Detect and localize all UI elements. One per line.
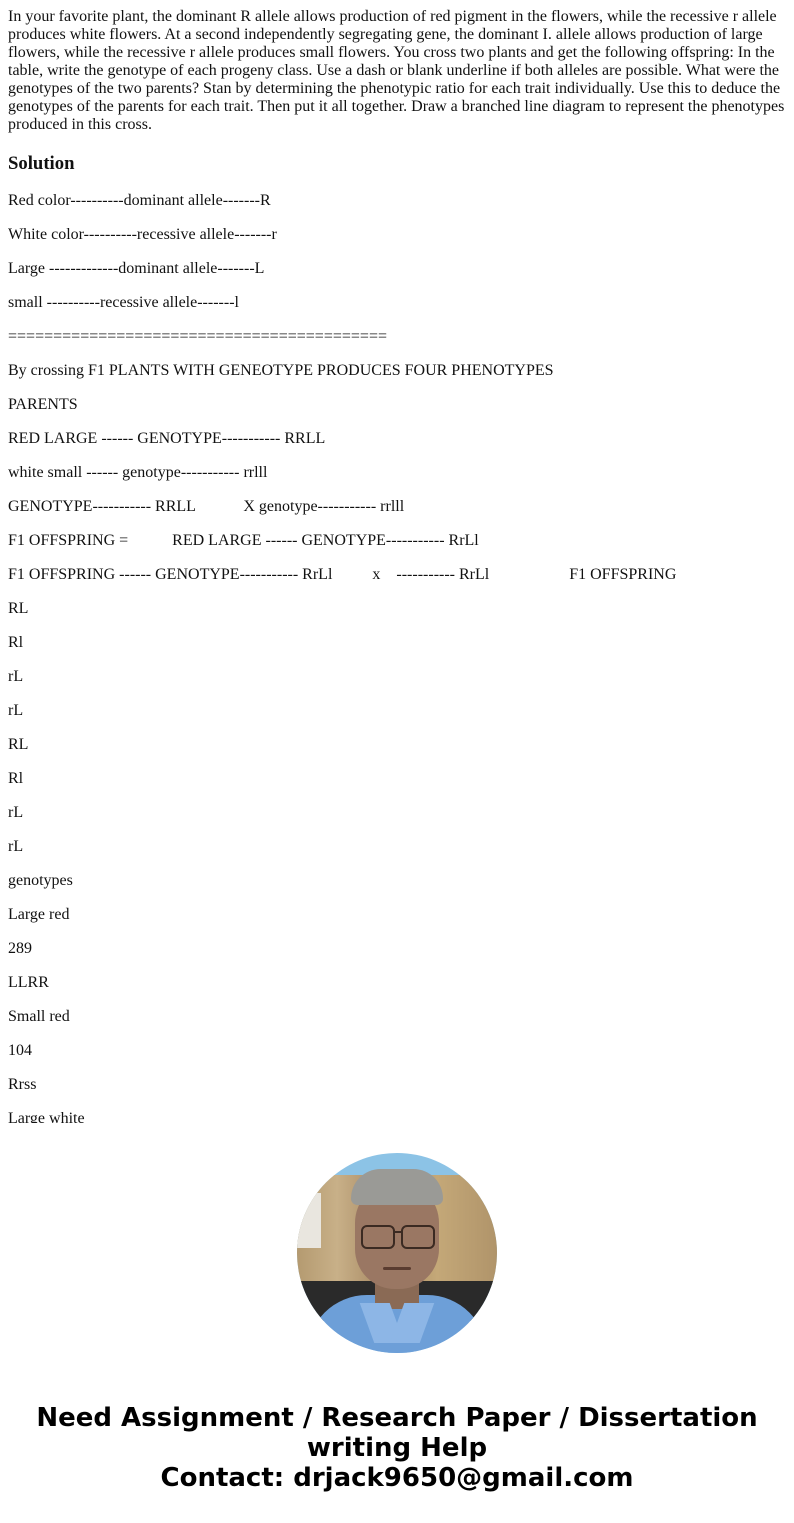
- solution-line: LLRR: [8, 974, 786, 992]
- solution-line: 289: [8, 940, 786, 958]
- solution-line: rL: [8, 804, 786, 822]
- solution-line: white small ------ genotype----------- r…: [8, 464, 786, 482]
- solution-line: Large red: [8, 906, 786, 924]
- solution-line: Large -------------dominant allele------…: [8, 260, 786, 278]
- solution-line: RED LARGE ------ GENOTYPE----------- RRL…: [8, 430, 786, 448]
- cta-line-1: Need Assignment / Research Paper / Disse…: [20, 1403, 774, 1433]
- cta-contact-email: Contact: drjack9650@gmail.com: [20, 1463, 774, 1493]
- question-text: In your favorite plant, the dominant R a…: [8, 8, 786, 134]
- solution-line: GENOTYPE----------- RRLL X genotype-----…: [8, 498, 786, 516]
- solution-line: rL: [8, 702, 786, 720]
- solution-line: genotypes: [8, 872, 786, 890]
- solution-heading: Solution: [8, 153, 786, 175]
- solution-line: Rl: [8, 634, 786, 652]
- solution-line: rL: [8, 668, 786, 686]
- solution-line: Large white: [8, 1110, 786, 1123]
- solution-line: Rl: [8, 770, 786, 788]
- hair: [351, 1169, 443, 1205]
- solution-line: By crossing F1 PLANTS WITH GENEOTYPE PRO…: [8, 362, 786, 380]
- solution-line: Rrss: [8, 1076, 786, 1094]
- glasses-right-lens: [401, 1225, 435, 1249]
- solution-line: Red color----------dominant allele------…: [8, 192, 786, 210]
- glasses-bridge: [393, 1231, 401, 1233]
- switch-panel: [297, 1193, 321, 1248]
- document-content: In your favorite plant, the dominant R a…: [0, 0, 794, 1123]
- cta-line-2: writing Help: [20, 1433, 774, 1463]
- solution-line: 104: [8, 1042, 786, 1060]
- solution-line: PARENTS: [8, 396, 786, 414]
- solution-line: Small red: [8, 1008, 786, 1026]
- solution-line: small ----------recessive allele-------l: [8, 294, 786, 312]
- glasses-left-lens: [361, 1225, 395, 1249]
- solution-line: RL: [8, 736, 786, 754]
- expert-photo-avatar-icon: [297, 1153, 497, 1353]
- solution-line: ========================================…: [8, 328, 786, 346]
- solution-line: RL: [8, 600, 786, 618]
- contact-call-to-action: Need Assignment / Research Paper / Disse…: [0, 1403, 794, 1493]
- solution-line: White color----------recessive allele---…: [8, 226, 786, 244]
- solution-lines: Red color----------dominant allele------…: [8, 192, 786, 1123]
- mouth: [383, 1267, 411, 1270]
- solution-line: F1 OFFSPRING = RED LARGE ------ GENOTYPE…: [8, 532, 786, 550]
- avatar-container: [0, 1153, 794, 1353]
- solution-line: rL: [8, 838, 786, 856]
- solution-line: F1 OFFSPRING ------ GENOTYPE----------- …: [8, 566, 786, 584]
